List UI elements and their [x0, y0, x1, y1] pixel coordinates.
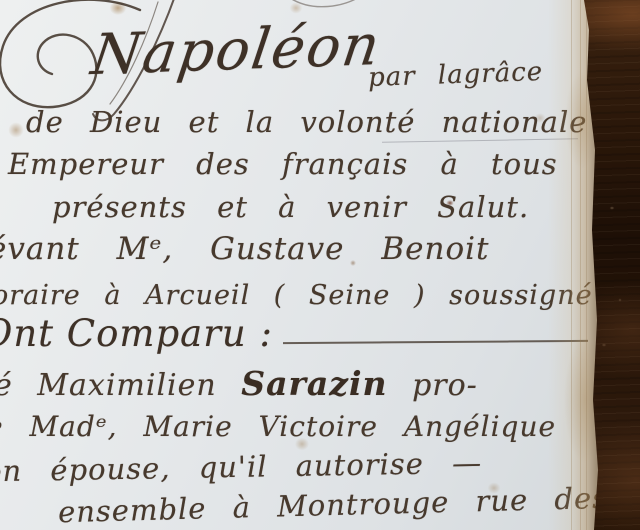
maximilien-post: pro- [412, 368, 478, 403]
ink-rule [283, 340, 588, 344]
comparu-text: Ont Comparu : [0, 315, 273, 352]
manuscript-line-devant: évant Mᵉ, Gustave Benoit [0, 234, 490, 265]
manuscript-heading-word: Napoléon [87, 13, 385, 88]
manuscript-line-madame: e Madᵉ, Marie Victoire Angélique [0, 413, 556, 441]
manuscript-line-empereur: Empereur des français à tous [8, 150, 558, 179]
manuscript-paper: Napoléon par lagrâce de Dieu et la volon… [0, 0, 640, 530]
manuscript-heading-rest: par lagrâce [368, 59, 544, 91]
manuscript-line-notaire: oraire à Arcueil ( Seine ) soussigné [0, 282, 593, 309]
manuscript-line-presents: présents et à venir Salut. [52, 193, 529, 222]
maximilien-pre: é Maximilien [0, 368, 217, 403]
manuscript-photo: Napoléon par lagrâce de Dieu et la volon… [0, 0, 640, 530]
manuscript-line-dieu: de Dieu et la volonté nationale [26, 108, 587, 137]
paper-edge-crease [571, 0, 572, 530]
manuscript-line-ensemble: ensemble à Montrouge rue des [58, 484, 609, 527]
manuscript-line-maximilien: é Maximilien Sarazin pro- [0, 367, 478, 401]
manuscript-line-epouse: on épouse, qu'il autorise — [0, 449, 482, 487]
surname-sarazin: Sarazin [241, 364, 387, 403]
manuscript-line-comparu: Ont Comparu : [0, 315, 592, 352]
